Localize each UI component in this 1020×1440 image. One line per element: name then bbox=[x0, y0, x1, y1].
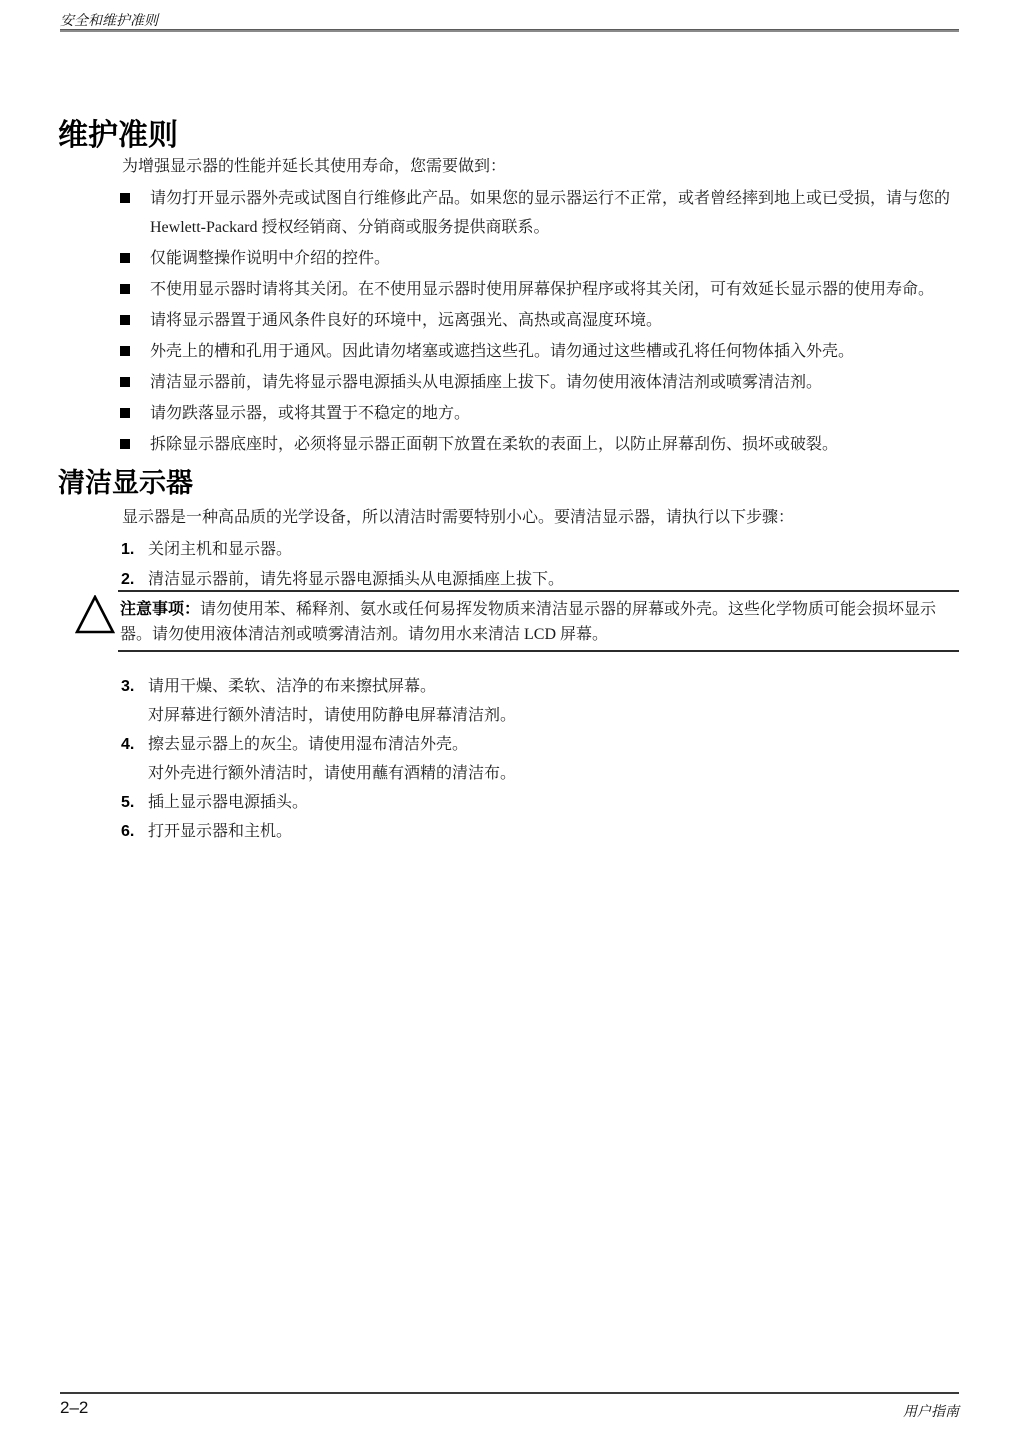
caution-text: 请勿使用苯、稀释剂、氨水或任何易挥发物质来清洁显示器的屏幕或外壳。这些化学物质可… bbox=[120, 601, 936, 643]
caution-note: 注意事项：请勿使用苯、稀释剂、氨水或任何易挥发物质来清洁显示器的屏幕或外壳。这些… bbox=[118, 590, 959, 652]
bullet-text: 仅能调整操作说明中介绍的控件。 bbox=[150, 244, 958, 273]
step-number: 6. bbox=[121, 817, 148, 846]
list-item: 3. 请用干燥、柔软、洁净的布来擦拭屏幕。 对屏幕进行额外清洁时，请使用防静电屏… bbox=[121, 672, 959, 730]
section-title-cleaning: 清洁显示器 bbox=[58, 461, 193, 500]
cleaning-intro: 显示器是一种高品质的光学设备，所以清洁时需要特别小心。要清洁显示器，请执行以下步… bbox=[122, 504, 958, 532]
cleaning-steps-3-6: 3. 请用干燥、柔软、洁净的布来擦拭屏幕。 对屏幕进行额外清洁时，请使用防静电屏… bbox=[121, 672, 959, 846]
running-header: 安全和维护准则 bbox=[60, 10, 158, 30]
step-text: 关闭主机和显示器。 bbox=[148, 535, 959, 565]
document-page: 安全和维护准则 维护准则 为增强显示器的性能并延长其使用寿命，您需要做到： 请勿… bbox=[0, 0, 1020, 1440]
step-subtext: 对外壳进行额外清洁时，请使用蘸有酒精的清洁布。 bbox=[121, 759, 959, 788]
list-item: 拆除显示器底座时，必须将显示器正面朝下放置在柔软的表面上，以防止屏幕刮伤、损坏或… bbox=[120, 430, 958, 459]
bullet-text: 请勿跌落显示器，或将其置于不稳定的地方。 bbox=[150, 399, 958, 428]
bullet-text: 不使用显示器时请将其关闭。在不使用显示器时使用屏幕保护程序或将其关闭，可有效延长… bbox=[150, 275, 958, 304]
bullet-text: 请勿打开显示器外壳或试图自行维修此产品。如果您的显示器运行不正常，或者曾经摔到地… bbox=[150, 184, 958, 242]
square-bullet-icon bbox=[120, 439, 130, 449]
step-text: 擦去显示器上的灰尘。请使用湿布清洁外壳。 bbox=[148, 730, 959, 759]
list-item: 1. 关闭主机和显示器。 bbox=[121, 535, 959, 565]
list-item: 请将显示器置于通风条件良好的环境中，远离强光、高热或高湿度环境。 bbox=[120, 306, 958, 335]
section-title-maintenance: 维护准则 bbox=[58, 110, 178, 154]
bullet-text: 外壳上的槽和孔用于通风。因此请勿堵塞或遮挡这些孔。请勿通过这些槽或孔将任何物体插… bbox=[150, 337, 958, 366]
step-text: 请用干燥、柔软、洁净的布来擦拭屏幕。 bbox=[148, 672, 959, 701]
step-number: 4. bbox=[121, 730, 148, 759]
footer-divider bbox=[60, 1392, 959, 1394]
bullet-text: 拆除显示器底座时，必须将显示器正面朝下放置在柔软的表面上，以防止屏幕刮伤、损坏或… bbox=[150, 430, 958, 459]
square-bullet-icon bbox=[120, 408, 130, 418]
list-item: 清洁显示器前，请先将显示器电源插头从电源插座上拔下。请勿使用液体清洁剂或喷雾清洁… bbox=[120, 368, 958, 397]
page-number: 2–2 bbox=[60, 1398, 88, 1418]
cleaning-steps-1-2: 1. 关闭主机和显示器。 2. 清洁显示器前，请先将显示器电源插头从电源插座上拔… bbox=[121, 535, 959, 595]
warning-triangle-icon bbox=[75, 595, 115, 640]
list-item: 外壳上的槽和孔用于通风。因此请勿堵塞或遮挡这些孔。请勿通过这些槽或孔将任何物体插… bbox=[120, 337, 958, 366]
square-bullet-icon bbox=[120, 315, 130, 325]
list-item: 5. 插上显示器电源插头。 bbox=[121, 788, 959, 817]
bullet-text: 请将显示器置于通风条件良好的环境中，远离强光、高热或高湿度环境。 bbox=[150, 306, 958, 335]
bullet-text: 清洁显示器前，请先将显示器电源插头从电源插座上拔下。请勿使用液体清洁剂或喷雾清洁… bbox=[150, 368, 958, 397]
square-bullet-icon bbox=[120, 346, 130, 356]
step-subtext: 对屏幕进行额外清洁时，请使用防静电屏幕清洁剂。 bbox=[121, 701, 959, 730]
step-text: 插上显示器电源插头。 bbox=[148, 788, 959, 817]
step-number: 1. bbox=[121, 535, 148, 565]
list-item: 请勿跌落显示器，或将其置于不稳定的地方。 bbox=[120, 399, 958, 428]
list-item: 6. 打开显示器和主机。 bbox=[121, 817, 959, 846]
list-item: 不使用显示器时请将其关闭。在不使用显示器时使用屏幕保护程序或将其关闭，可有效延长… bbox=[120, 275, 958, 304]
square-bullet-icon bbox=[120, 193, 130, 203]
footer-doc-title: 用户指南 bbox=[903, 1401, 959, 1421]
maintenance-bullet-list: 请勿打开显示器外壳或试图自行维修此产品。如果您的显示器运行不正常，或者曾经摔到地… bbox=[120, 184, 958, 461]
step-number: 3. bbox=[121, 672, 148, 701]
header-divider bbox=[60, 29, 959, 32]
list-item: 请勿打开显示器外壳或试图自行维修此产品。如果您的显示器运行不正常，或者曾经摔到地… bbox=[120, 184, 958, 242]
list-item: 4. 擦去显示器上的灰尘。请使用湿布清洁外壳。 对外壳进行额外清洁时，请使用蘸有… bbox=[121, 730, 959, 788]
caution-label: 注意事项： bbox=[120, 601, 200, 618]
step-text: 打开显示器和主机。 bbox=[148, 817, 959, 846]
square-bullet-icon bbox=[120, 377, 130, 387]
step-number: 5. bbox=[121, 788, 148, 817]
square-bullet-icon bbox=[120, 253, 130, 263]
list-item: 仅能调整操作说明中介绍的控件。 bbox=[120, 244, 958, 273]
square-bullet-icon bbox=[120, 284, 130, 294]
maintenance-intro: 为增强显示器的性能并延长其使用寿命，您需要做到： bbox=[122, 153, 958, 181]
